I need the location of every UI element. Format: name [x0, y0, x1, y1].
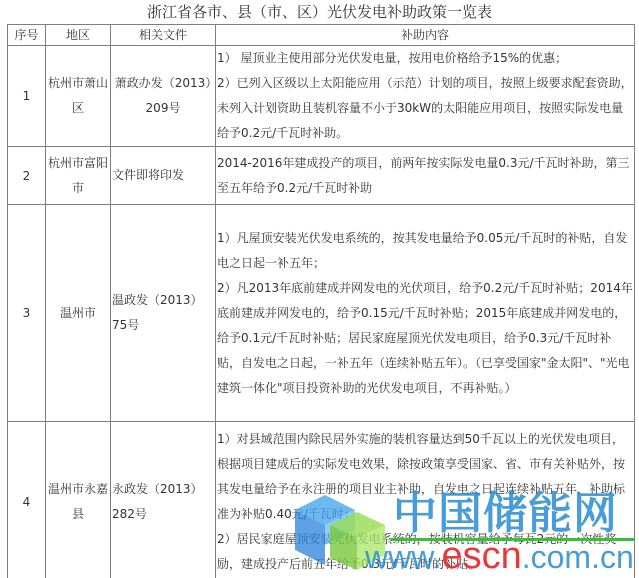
row-region: 温州市永嘉县 — [46, 422, 111, 578]
row-document: 永政发（2013）282号 — [111, 422, 216, 578]
row-content: 1）对县域范围内除民居外实施的装机容量达到50千瓦以上的光伏发电项目，根据项目建… — [216, 422, 635, 578]
header-no: 序号 — [8, 25, 46, 46]
header-document: 相关文件 — [111, 25, 216, 46]
row-number: 2 — [8, 147, 46, 205]
row-content: 2014-2016年建成投产的项目，前两年按实际发电量0.3元/千瓦时补助，第三… — [216, 147, 635, 205]
content-item: 2）凡2013年底前建成并网发电的光伏项目，给予0.2元/千瓦时补贴；2014年… — [217, 276, 633, 401]
row-number: 1 — [8, 46, 46, 147]
row-number: 3 — [8, 205, 46, 422]
subsidy-policy-table: 序号 地区 相关文件 补助内容 1 杭州市萧山区 萧政办发（2013）209号 … — [7, 24, 635, 578]
row-region: 温州市 — [46, 205, 111, 422]
content-item: 1） 屋顶业主使用部分光伏发电量，按用电价格给予15%的优惠； — [217, 46, 633, 71]
row-number: 4 — [8, 422, 46, 578]
header-region: 地区 — [46, 25, 111, 46]
table-row: 2 杭州市富阳市 文件即将印发 2014-2016年建成投产的项目，前两年按实际… — [8, 147, 635, 205]
table-row: 1 杭州市萧山区 萧政办发（2013）209号 1） 屋顶业主使用部分光伏发电量… — [8, 46, 635, 147]
table-row: 4 温州市永嘉县 永政发（2013）282号 1）对县域范围内除民居外实施的装机… — [8, 422, 635, 578]
row-content: 1） 屋顶业主使用部分光伏发电量，按用电价格给予15%的优惠； 2）已列入区级以… — [216, 46, 635, 147]
table-row: 3 温州市 温政发（2013）75号 1）凡屋顶安装光伏发电系统的，按其发电量给… — [8, 205, 635, 422]
row-region: 杭州市富阳市 — [46, 147, 111, 205]
content-item: 2）已列入区级以上太阳能应用（示范）计划的项目，按照上级要求配套资助，未列入计划… — [217, 71, 633, 146]
content-item: 2014-2016年建成投产的项目，前两年按实际发电量0.3元/千瓦时补助，第三… — [217, 151, 633, 201]
row-content: 1）凡屋顶安装光伏发电系统的，按其发电量给予0.05元/千瓦时的补贴，自发电之日… — [216, 205, 635, 422]
page-title: 浙江省各市、县（市、区）光伏发电补助政策一览表 — [0, 2, 639, 22]
row-document: 萧政办发（2013）209号 — [111, 46, 216, 147]
row-region: 杭州市萧山区 — [46, 46, 111, 147]
header-content: 补助内容 — [216, 25, 635, 46]
content-item: 1）凡屋顶安装光伏发电系统的，按其发电量给予0.05元/千瓦时的补贴，自发电之日… — [217, 226, 633, 276]
content-item: 1）对县域范围内除民居外实施的装机容量达到50千瓦以上的光伏发电项目，根据项目建… — [217, 427, 633, 527]
row-document: 文件即将印发 — [111, 147, 216, 205]
table-header-row: 序号 地区 相关文件 补助内容 — [8, 25, 635, 46]
row-document: 温政发（2013）75号 — [111, 205, 216, 422]
content-item: 2）居民家庭屋顶安装光伏发电系统的，按装机容量给予每瓦2元的一次性奖励，建成投产… — [217, 527, 633, 577]
